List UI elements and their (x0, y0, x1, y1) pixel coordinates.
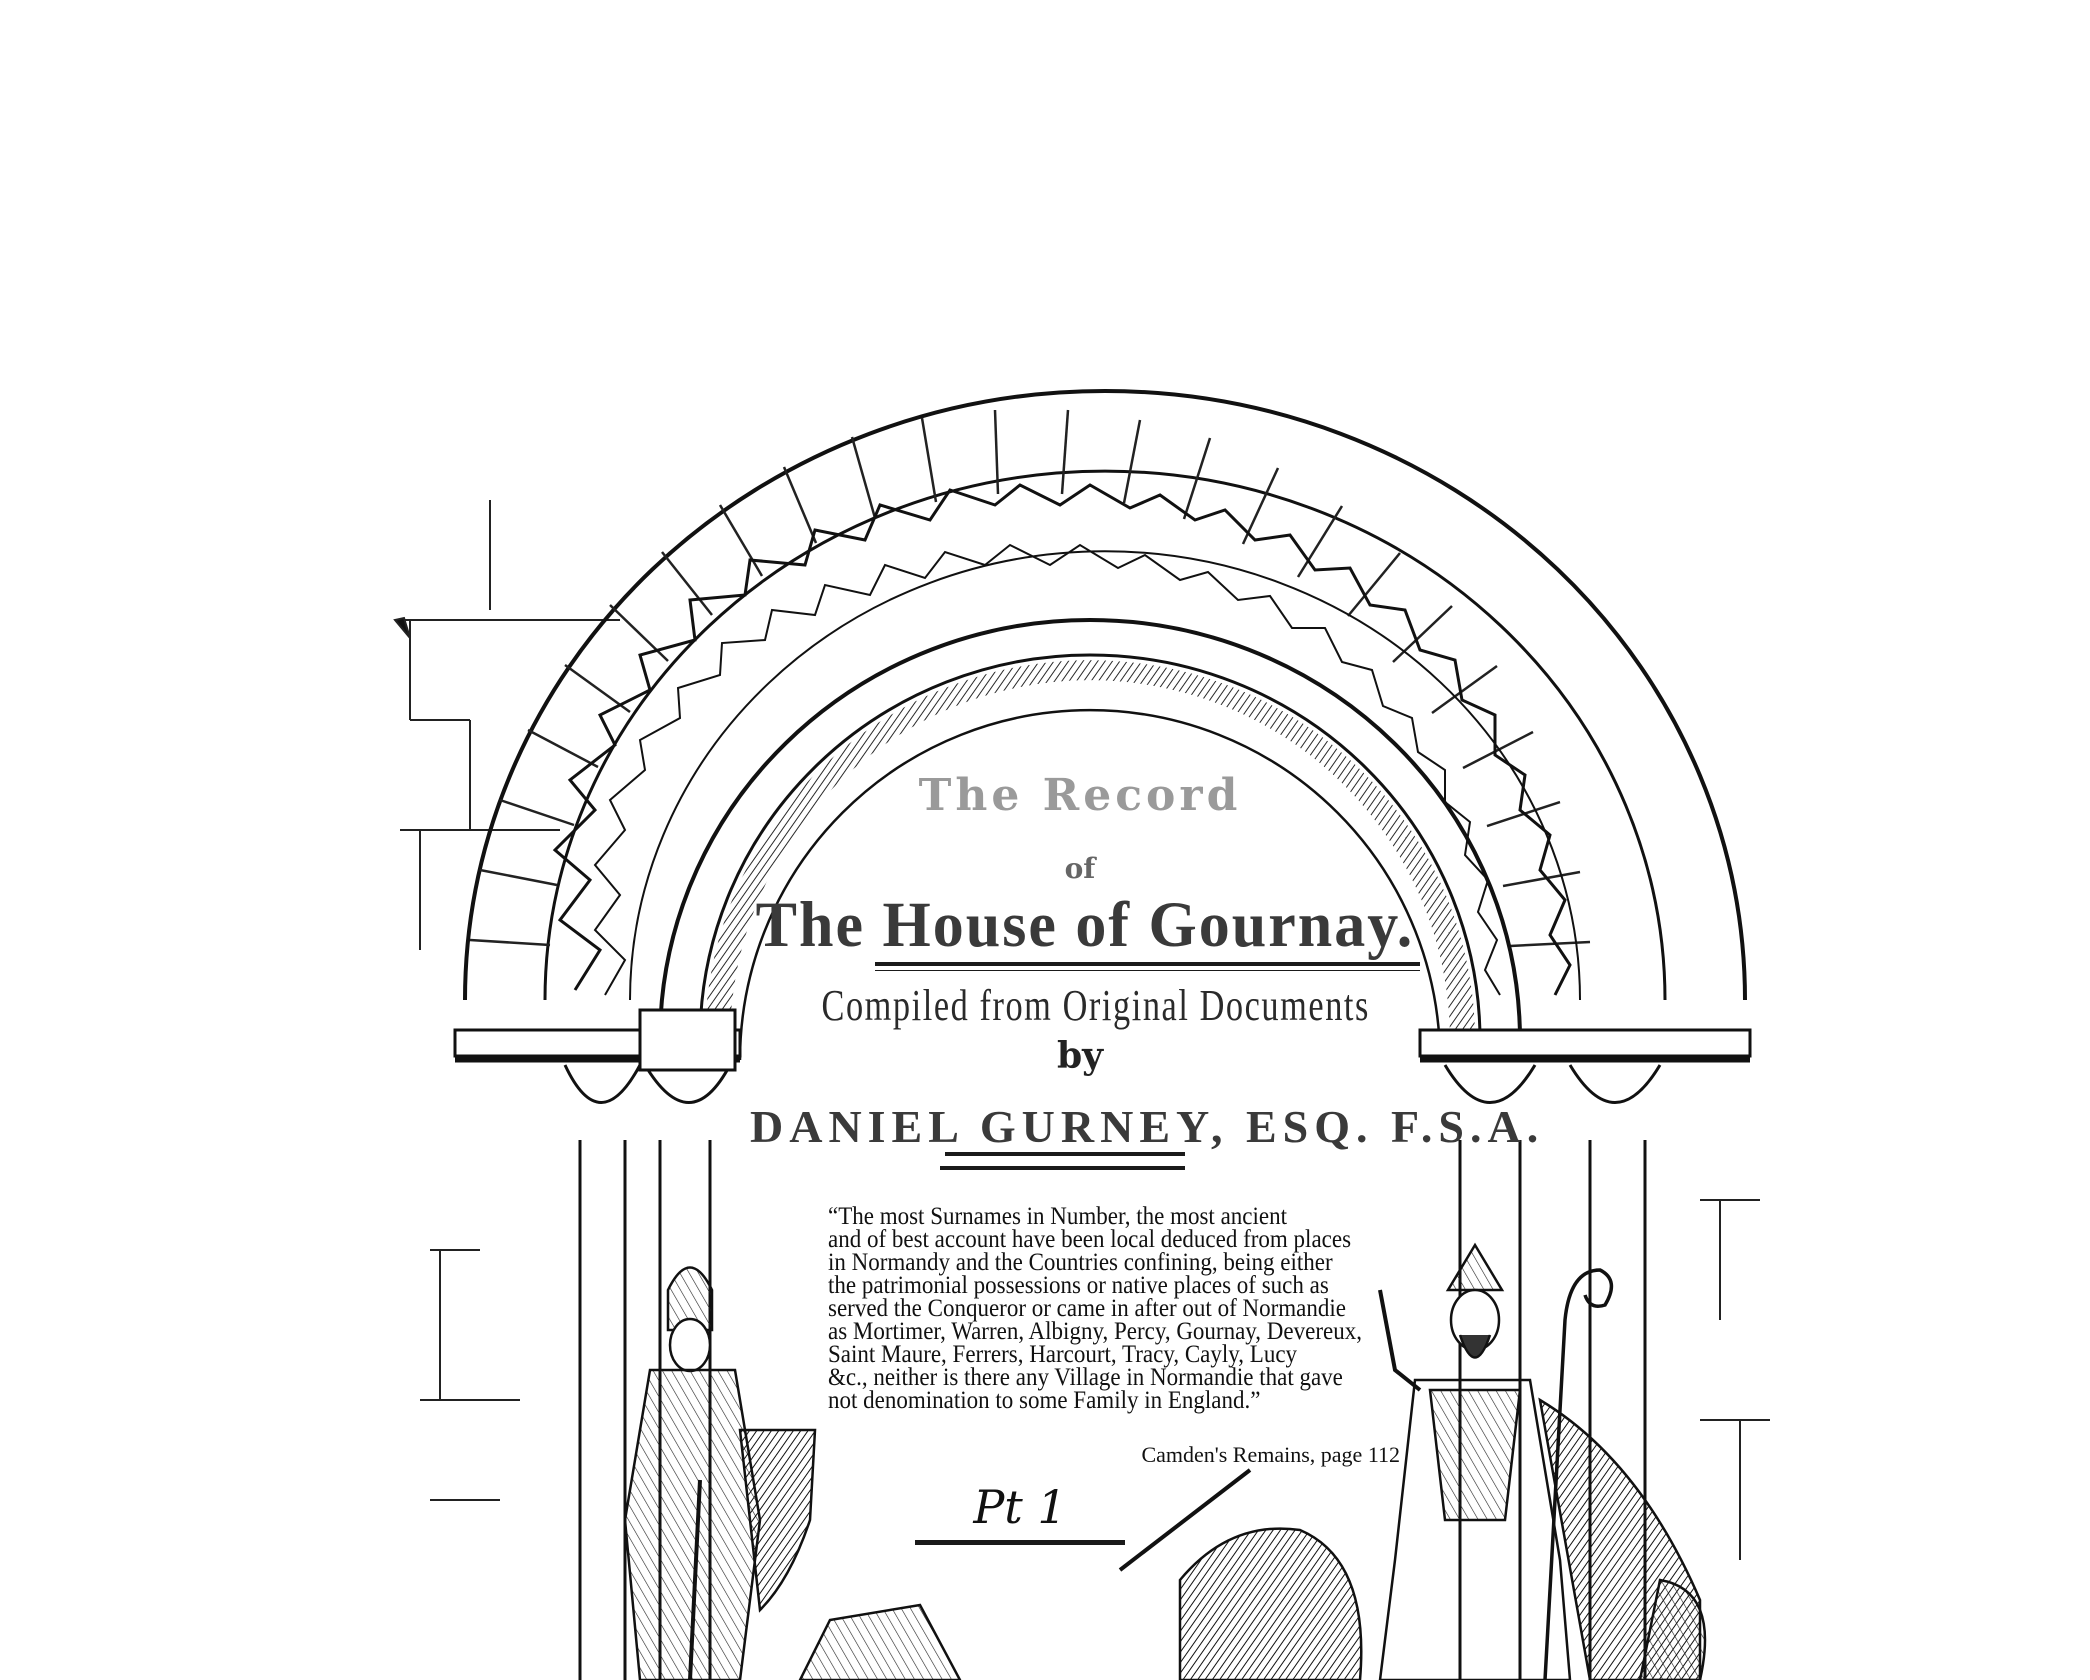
part-label-underline (915, 1540, 1125, 1545)
knight-figure (625, 1268, 815, 1680)
quote-line: and of best account have been local dedu… (828, 1228, 1343, 1251)
quote-line: not denomination to some Family in Engla… (828, 1389, 1343, 1412)
quote-line: the patrimonial possessions or native pl… (828, 1274, 1343, 1297)
arch-illustration (0, 0, 2090, 1680)
title-underline-rule-thin (875, 970, 1420, 971)
part-label-handwritten: Pt 1 (960, 1480, 1080, 1534)
quote-citation: Camden's Remains, page 112 (1140, 1442, 1400, 1468)
impost-right (1420, 1030, 1750, 1060)
quote-line: as Mortimer, Warren, Albigny, Percy, Gou… (828, 1320, 1343, 1343)
author-underline-rule-2 (940, 1166, 1185, 1170)
title-main-house-of-gournay: The House of Gournay. (740, 888, 1430, 963)
title-line-of: of (1020, 852, 1140, 885)
by-line: by (1020, 1035, 1140, 1077)
quote-line: “The most Surnames in Number, the most a… (828, 1205, 1343, 1228)
wall-stones-left (395, 500, 620, 1500)
quote-line: Saint Maure, Ferrers, Harcourt, Tracy, C… (828, 1343, 1343, 1366)
author-name: DANIEL GURNEY, ESQ. F.S.A. (750, 1100, 1430, 1153)
camden-quote: “The most Surnames in Number, the most a… (828, 1205, 1343, 1412)
quote-line: served the Conqueror or came in after ou… (828, 1297, 1343, 1320)
title-underline-rule (875, 962, 1420, 966)
quote-line: &c., neither is there any Village in Nor… (828, 1366, 1343, 1389)
wall-stones-right (1700, 1200, 1770, 1560)
subtitle-compiled: Compiled from Original Documents (822, 980, 1329, 1031)
title-page-plate: The Record of The House of Gournay. Comp… (0, 0, 2090, 1680)
title-line-record: The Record (900, 770, 1260, 821)
quote-line: in Normandy and the Countries confining,… (828, 1251, 1343, 1274)
author-underline-rule (945, 1152, 1185, 1156)
